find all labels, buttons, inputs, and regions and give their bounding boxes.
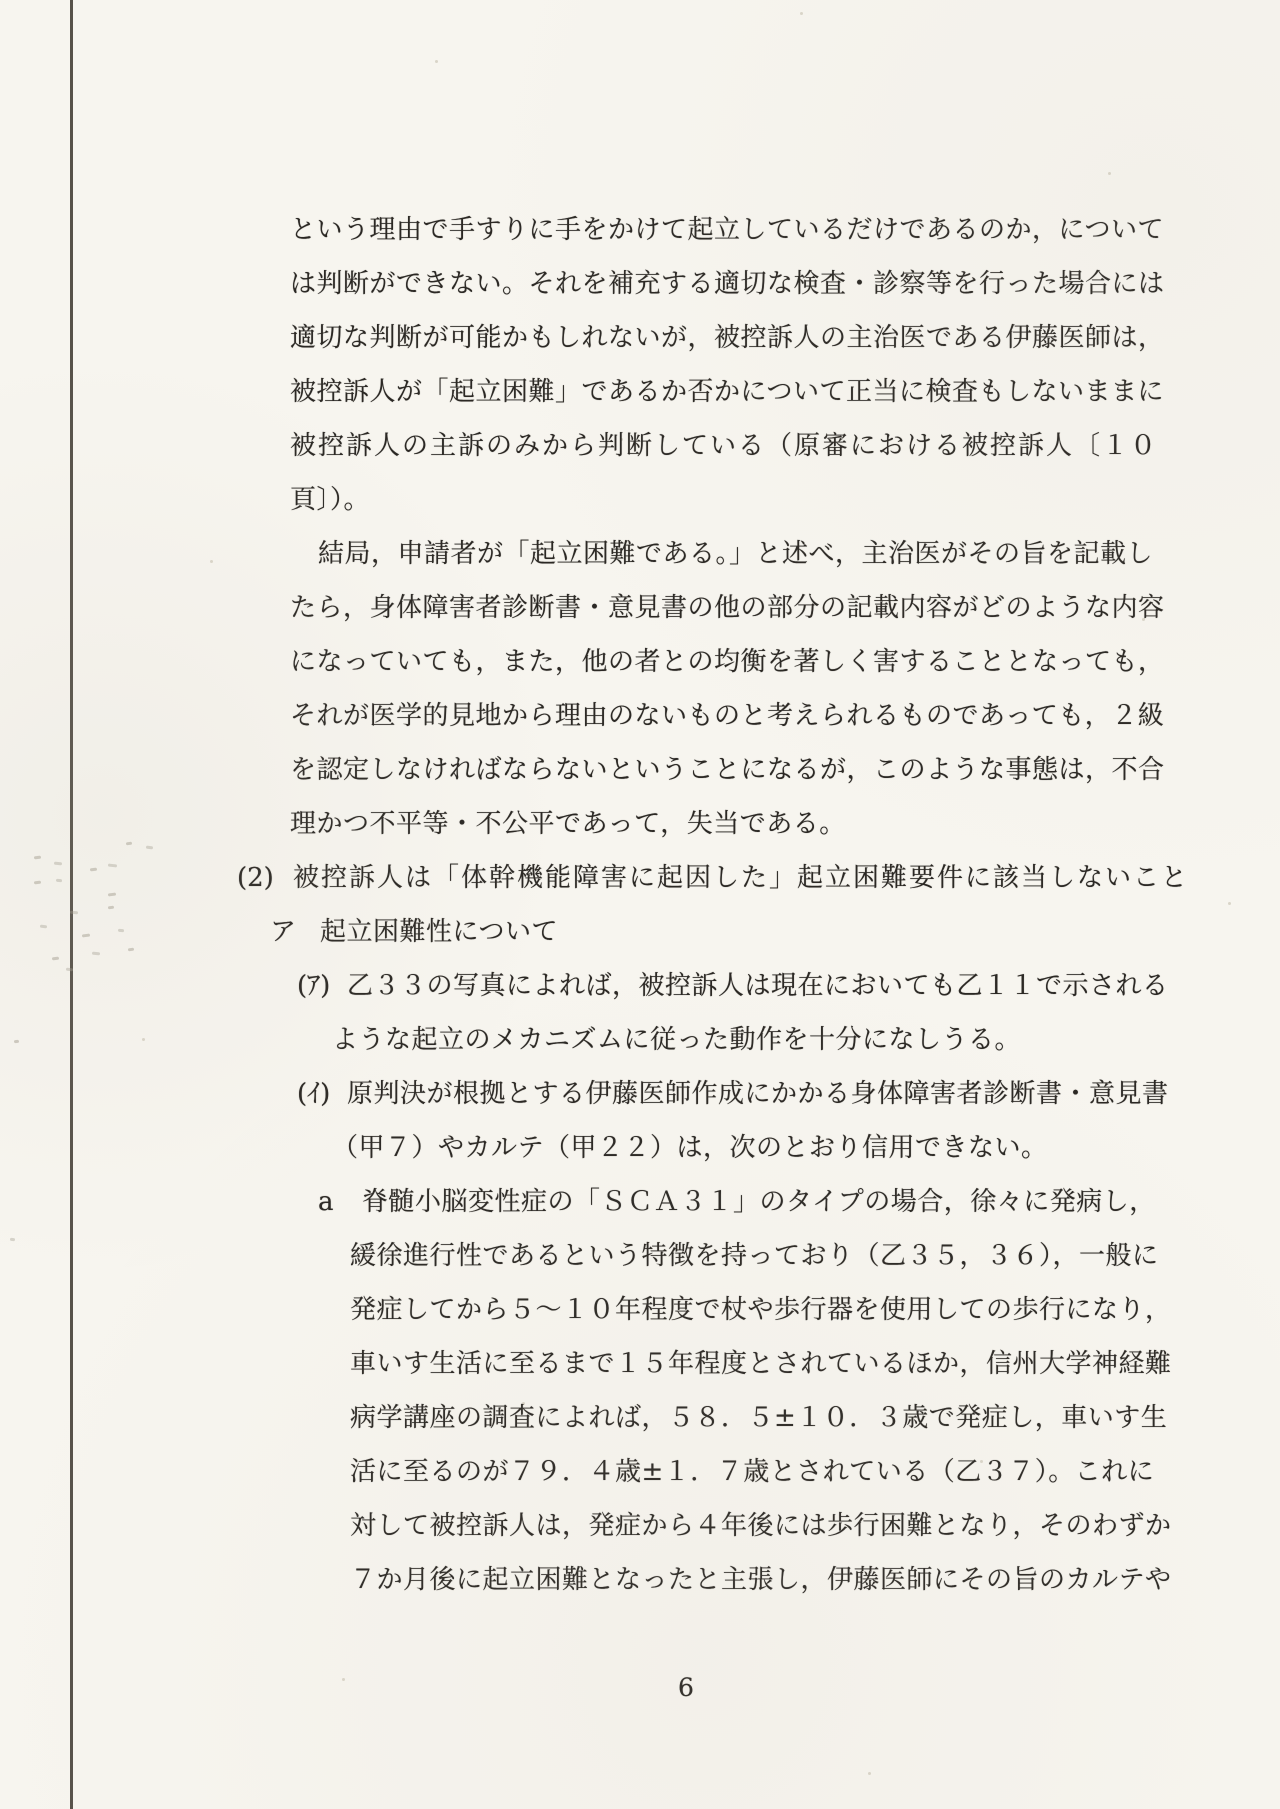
text-line: 結局，申請者が「起立困難である。」と述べ，主治医がその旨を記載し bbox=[0, 527, 1280, 581]
text-line: を認定しなければならないということになるが，このような事態は，不合 bbox=[0, 743, 1280, 797]
section-marker: (2) bbox=[237, 851, 293, 905]
section-heading-2: (2)被控訴人は「体幹機能障害に起因した」起立困難要件に該当しないこと bbox=[0, 851, 1280, 905]
text-line: は判断ができない。それを補充する適切な検査・診察等を行った場合には bbox=[0, 257, 1280, 311]
text-line: ような起立のメカニズムに従った動作を十分になしうる。 bbox=[0, 1013, 1280, 1067]
section-heading-a: ア起立困難性について bbox=[0, 905, 1280, 959]
page-text: という理由で手すりに手をかけて起立しているだけであるのか，について は判断ができ… bbox=[0, 203, 1280, 1607]
line-text: 適切な判断が可能かもしれないが，被控訴人の主治医である伊藤医師は， bbox=[290, 323, 1165, 353]
line-text: は判断ができない。それを補充する適切な検査・診察等を行った場合には bbox=[290, 269, 1165, 299]
line-text: 原判決が根拠とする伊藤医師作成にかかる身体障害者診断書・意見書 bbox=[347, 1079, 1169, 1109]
text-line: ７か月後に起立困難となったと主張し，伊藤医師にその旨のカルテや bbox=[0, 1553, 1280, 1607]
line-text: 発症してから５～１０年程度で杖や歩行器を使用しての歩行になり， bbox=[350, 1295, 1172, 1325]
text-line: 被控訴人の主訴のみから判断している（原審における被控訴人〔１０ bbox=[0, 419, 1280, 473]
section-marker: (ｲ) bbox=[297, 1067, 347, 1121]
text-line: 被控訴人が「起立困難」であるか否かについて正当に検査もしないままに bbox=[0, 365, 1280, 419]
document-page: という理由で手すりに手をかけて起立しているだけであるのか，について は判断ができ… bbox=[0, 0, 1280, 1809]
text-line: （甲７）やカルテ（甲２２）は，次のとおり信用できない。 bbox=[0, 1121, 1280, 1175]
scan-speck bbox=[800, 12, 803, 15]
line-text: それが医学的見地から理由のないものと考えられるものであっても，２級 bbox=[290, 701, 1164, 731]
scan-speck bbox=[342, 1678, 345, 1681]
scan-speck bbox=[868, 1772, 871, 1775]
text-line: それが医学的見地から理由のないものと考えられるものであっても，２級 bbox=[0, 689, 1280, 743]
text-line: 対して被控訴人は，発症から４年後には歩行困難となり，そのわずか bbox=[0, 1499, 1280, 1553]
section-item: (ｱ)乙３３の写真によれば，被控訴人は現在においても乙１１で示される bbox=[0, 959, 1280, 1013]
text-line: 発症してから５～１０年程度で杖や歩行器を使用しての歩行になり， bbox=[0, 1283, 1280, 1337]
line-text: ７か月後に起立困難となったと主張し，伊藤医師にその旨のカルテや bbox=[350, 1565, 1172, 1595]
section-marker: a bbox=[318, 1175, 362, 1229]
section-item: a脊髄小脳変性症の「ＳＣＡ３１」のタイプの場合，徐々に発病し， bbox=[0, 1175, 1280, 1229]
line-text: 緩徐進行性であるという特徴を持っており（乙３５，３６），一般に bbox=[350, 1241, 1159, 1271]
text-line: 頁〕）。 bbox=[0, 473, 1280, 527]
text-line: 緩徐進行性であるという特徴を持っており（乙３５，３６），一般に bbox=[0, 1229, 1280, 1283]
line-text: （甲７）やカルテ（甲２２）は，次のとおり信用できない。 bbox=[332, 1133, 1048, 1163]
line-text: 乙３３の写真によれば，被控訴人は現在においても乙１１で示される bbox=[347, 971, 1169, 1001]
line-text: たら，身体障害者診断書・意見書の他の部分の記載内容がどのような内容 bbox=[290, 593, 1165, 623]
section-marker: ア bbox=[270, 905, 320, 959]
line-text: 頁〕）。 bbox=[290, 485, 370, 515]
line-text: 起立困難性について bbox=[320, 917, 558, 947]
text-line: たら，身体障害者診断書・意見書の他の部分の記載内容がどのような内容 bbox=[0, 581, 1280, 635]
text-line: 車いす生活に至るまで１５年程度とされているほか，信州大学神経難 bbox=[0, 1337, 1280, 1391]
text-line: 適切な判断が可能かもしれないが，被控訴人の主治医である伊藤医師は， bbox=[0, 311, 1280, 365]
line-text: 結局，申請者が「起立困難である。」と述べ，主治医がその旨を記載し bbox=[318, 539, 1153, 569]
line-text: 理かつ不平等・不公平であって，失当である。 bbox=[290, 809, 846, 839]
line-text: 被控訴人の主訴のみから判断している（原審における被控訴人〔１０ bbox=[290, 431, 1158, 461]
line-text: ような起立のメカニズムに従った動作を十分になしうる。 bbox=[332, 1025, 1021, 1055]
text-line: という理由で手すりに手をかけて起立しているだけであるのか，について bbox=[0, 203, 1280, 257]
line-text: 被控訴人が「起立困難」であるか否かについて正当に検査もしないままに bbox=[290, 377, 1164, 407]
line-text: という理由で手すりに手をかけて起立しているだけであるのか，について bbox=[290, 215, 1164, 245]
text-line: 理かつ不平等・不公平であって，失当である。 bbox=[0, 797, 1280, 851]
text-line: 病学講座の調査によれば，５８．５±１０．３歳で発症し，車いす生 bbox=[0, 1391, 1280, 1445]
text-line: 活に至るのが７９．４歳±１．７歳とされている（乙３７）。これに bbox=[0, 1445, 1280, 1499]
page-number: 6 bbox=[656, 1661, 716, 1715]
line-text: 車いす生活に至るまで１５年程度とされているほか，信州大学神経難 bbox=[350, 1349, 1172, 1379]
line-text: 活に至るのが７９．４歳±１．７歳とされている（乙３７）。これに bbox=[350, 1457, 1154, 1487]
line-text: 脊髄小脳変性症の「ＳＣＡ３１」のタイプの場合，徐々に発病し， bbox=[362, 1187, 1156, 1217]
line-text: 対して被控訴人は，発症から４年後には歩行困難となり，そのわずか bbox=[350, 1511, 1172, 1541]
line-text: を認定しなければならないということになるが，このような事態は，不合 bbox=[290, 755, 1165, 785]
section-item: (ｲ)原判決が根拠とする伊藤医師作成にかかる身体障害者診断書・意見書 bbox=[0, 1067, 1280, 1121]
line-text: になっていても，また，他の者との均衡を著しく害することとなっても， bbox=[290, 647, 1165, 677]
section-marker: (ｱ) bbox=[297, 959, 347, 1013]
line-text: 被控訴人は「体幹機能障害に起因した」起立困難要件に該当しないこと bbox=[293, 863, 1189, 893]
line-text: 病学講座の調査によれば，５８．５±１０．３歳で発症し，車いす生 bbox=[350, 1403, 1167, 1433]
scan-speck bbox=[1108, 172, 1111, 175]
text-line: になっていても，また，他の者との均衡を著しく害することとなっても， bbox=[0, 635, 1280, 689]
scan-speck bbox=[435, 60, 438, 63]
